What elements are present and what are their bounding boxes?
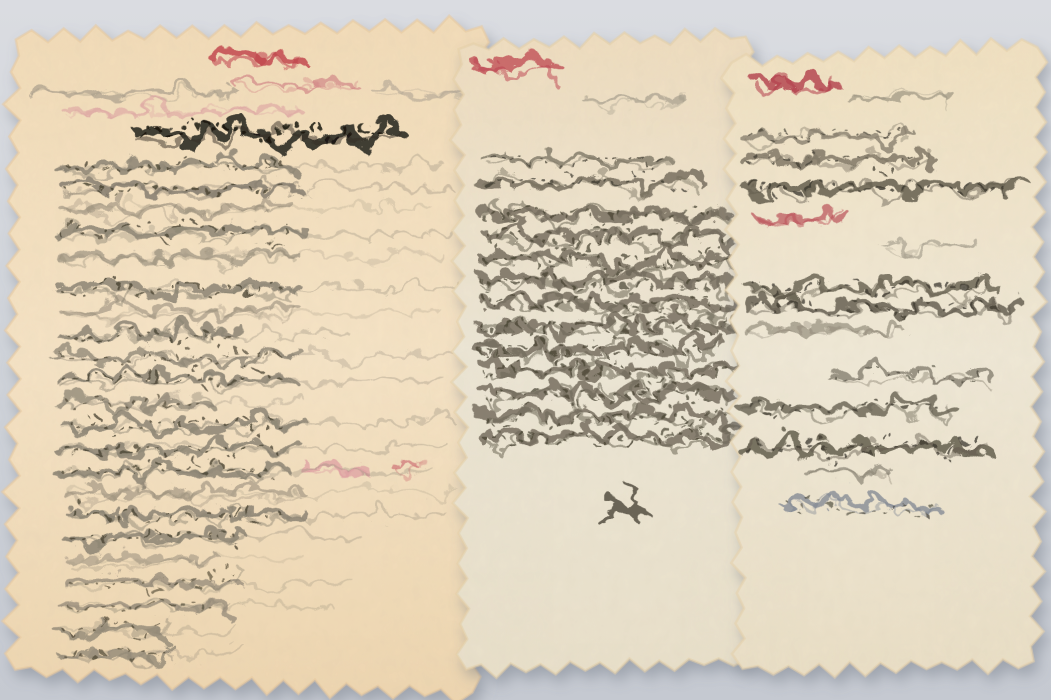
left-document <box>0 15 497 700</box>
right-document <box>721 37 1051 679</box>
scene <box>0 0 1051 700</box>
photo-three-documents <box>0 0 1051 700</box>
middle-document <box>445 25 761 681</box>
